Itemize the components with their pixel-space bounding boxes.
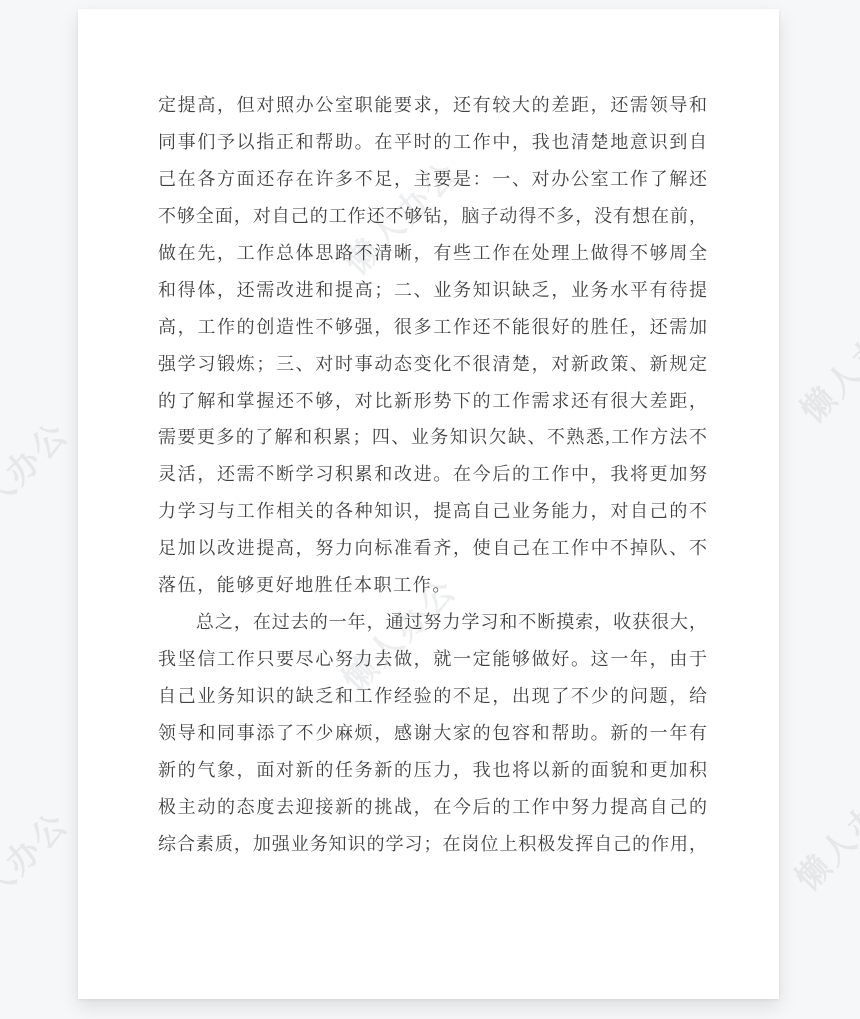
- document-canvas: 懒人办公 懒人办公 懒人办公 懒人办公 懒人办公 懒人办公 定提高，但对照办公室…: [0, 0, 860, 1019]
- text-line: 综合素质，加强业务知识的学习；在岗位上积极发挥自己的作用，: [158, 826, 707, 863]
- text-line: 的了解和掌握还不够，对比新形势下的工作需求还有很大差距，: [158, 383, 707, 420]
- text-line: 和得体，还需改进和提高；二、业务知识缺乏，业务水平有待提: [158, 272, 707, 309]
- text-line: 领导和同事添了不少麻烦，感谢大家的包容和帮助。新的一年有: [158, 715, 707, 752]
- text-line: 不够全面，对自己的工作还不够钻，脑子动得不多，没有想在前，: [158, 198, 707, 235]
- text-line: 力学习与工作相关的各种知识，提高自己业务能力，对自己的不: [158, 493, 707, 530]
- watermark-text: 懒人办公: [0, 799, 78, 934]
- text-line: 强学习锻炼；三、对时事动态变化不很清楚，对新政策、新规定: [158, 346, 707, 383]
- document-body-text: 定提高，但对照办公室职能要求，还有较大的差距，还需领导和 同事们予以指正和帮助。…: [158, 87, 707, 863]
- text-line: 做在先，工作总体思路不清晰，有些工作在处理上做得不够周全: [158, 235, 707, 272]
- text-line: 己在各方面还存在许多不足，主要是：一、对办公室工作了解还: [158, 161, 707, 198]
- text-line: 灵活，还需不断学习积累和改进。在今后的工作中，我将更加努: [158, 456, 707, 493]
- text-line: 自己业务知识的缺乏和工作经验的不足，出现了不少的问题，给: [158, 678, 707, 715]
- text-line paragraph-start: 总之，在过去的一年，通过努力学习和不断摸索，收获很大，: [158, 604, 707, 641]
- watermark-text: 懒人办公: [788, 296, 860, 431]
- watermark-text: 懒人办公: [783, 764, 860, 899]
- text-line: 足加以改进提高，努力向标准看齐，使自己在工作中不掉队、不: [158, 530, 707, 567]
- text-line: 同事们予以指正和帮助。在平时的工作中，我也清楚地意识到自: [158, 124, 707, 161]
- text-line: 定提高，但对照办公室职能要求，还有较大的差距，还需领导和: [158, 87, 707, 124]
- text-line: 需要更多的了解和积累；四、业务知识欠缺、不熟悉,工作方法不: [158, 419, 707, 456]
- text-line: 高，工作的创造性不够强，很多工作还不能很好的胜任，还需加: [158, 309, 707, 346]
- watermark-text: 懒人办公: [0, 409, 78, 544]
- text-line: 新的气象，面对新的任务新的压力，我也将以新的面貌和更加积: [158, 752, 707, 789]
- text-line paragraph-end: 落伍，能够更好地胜任本职工作。: [158, 567, 707, 604]
- text-line: 我坚信工作只要尽心努力去做，就一定能够做好。这一年，由于: [158, 641, 707, 678]
- text-line: 极主动的态度去迎接新的挑战，在今后的工作中努力提高自己的: [158, 789, 707, 826]
